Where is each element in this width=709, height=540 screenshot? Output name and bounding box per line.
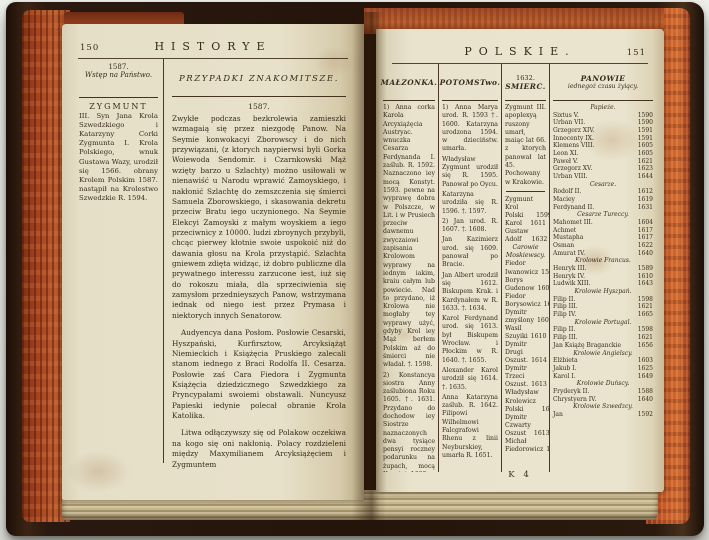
paragraph: Jan Albert urodził się 1612. Biskupem Kr… <box>442 272 498 313</box>
list-item: Gustaw Adolf 1632 <box>505 228 546 244</box>
list-item: Urban VII. 1590 <box>553 119 653 127</box>
person-year: 1617 <box>638 227 653 235</box>
margin-note-head: 1587. Wstęp na Państwo. <box>79 63 158 98</box>
column-potomstwo-header: POTOMSTwo. <box>442 64 498 101</box>
person-name: Ferdynand II. <box>553 204 594 212</box>
section-label: Krolowie Hyszpań. <box>574 288 631 295</box>
person-name: Innocenty IX. <box>553 135 594 143</box>
person-name: Zygmunt Krol Polski <box>505 196 533 220</box>
person-name: Maciey <box>553 196 575 204</box>
paragraph: Władysław Zygmunt urodził się R. 1595. P… <box>442 156 498 189</box>
section-label: Krolowie Portugal. <box>575 319 632 326</box>
person-name: Jakub I. <box>553 365 577 373</box>
smierc-header-year: 1632. <box>516 74 535 82</box>
list-item: Filip IV. 1665 <box>553 311 653 319</box>
list-item: Klemens VIII. 1605 <box>553 142 653 150</box>
person-year: 1591 <box>638 127 653 135</box>
person-name: Leon XI. <box>553 150 578 158</box>
person-name: Filip IV. <box>553 311 576 319</box>
person-name: Dymitr Trzeci Oszust. <box>505 365 528 389</box>
person-year: 1632 <box>532 236 548 244</box>
person-year: 1619 <box>638 196 653 204</box>
person-name: Fiedor Borysowicz <box>505 293 541 309</box>
list-item: Mahomet III. 1604 <box>553 219 653 227</box>
list-item: Krolowie Hyszpań. <box>553 288 653 296</box>
paragraph: Jan Kazimierz urod. się 1609. panował po… <box>442 236 498 269</box>
person-name: Fryderyk II. <box>553 388 589 396</box>
person-name: Wasil Szuyiki <box>505 325 528 341</box>
list-item: Maciey 1619 <box>553 196 653 204</box>
person-name: Dymitr zmyślony <box>505 309 534 325</box>
list-item: Karol 1611 <box>505 220 546 228</box>
main-text-column: PRZYPADKI ZNAKOMITSZE. 1587. Zwykłe podc… <box>164 59 348 463</box>
person-name: Borys Gudenow <box>505 277 535 293</box>
left-page-header: 150 HISTORYE <box>62 24 364 57</box>
person-year: 1613 <box>542 406 549 414</box>
list-item: Papieże. <box>553 104 653 112</box>
list-item: Fryderyk II. 1588 <box>553 388 653 396</box>
page-number-right: 151 <box>594 48 646 58</box>
person-name: Michał Fiedorowicz <box>505 438 543 454</box>
list-item: Elżbieta 1603 <box>553 357 653 365</box>
list-item: Dymitr Trzeci Oszust. 1613 <box>505 365 546 389</box>
person-name: Elżbieta <box>553 357 578 365</box>
right-page-table: MAŁZONKA. 1) Anna corka Karola Arcyxiążę… <box>380 64 656 472</box>
list-item: Krolowie Duńscy. <box>553 380 653 388</box>
list-item: Jan 1592 <box>553 411 653 419</box>
person-year: 1640 <box>638 250 653 258</box>
list-item: Dymitr Czwarty Oszust 1613 <box>505 414 546 438</box>
margin-note-column: 1587. Wstęp na Państwo. ZYGMUNT III. Syn… <box>78 59 164 463</box>
list-item: Cesarze Tureccy. <box>553 211 653 219</box>
person-name: Grzegorz XIV. <box>553 127 595 135</box>
malzonka-body: 1) Anna corka Karola Arcyxiążęcia Austry… <box>383 101 435 472</box>
person-year: 1656 <box>638 342 653 350</box>
margin-king-name: ZYGMUNT <box>79 102 158 111</box>
list-item: Achmet 1617 <box>553 227 653 235</box>
paragraph: Alexander Karol urodził się 1614. †. 163… <box>442 367 498 392</box>
section-label: Krolowie Duńscy. <box>577 380 630 387</box>
person-year: 1611 <box>530 220 546 228</box>
paragraph: Zwykłe podczas bezkrolewia zamieszki wzm… <box>172 114 346 321</box>
section-title: PRZYPADKI ZNAKOMITSZE. <box>179 74 339 84</box>
person-name: Fiedor Iwanowicz <box>505 260 538 276</box>
person-year: 1605 <box>638 150 653 158</box>
book-photo: 150 HISTORYE 1587. Wstęp na Państwo. ZYG… <box>0 0 709 540</box>
person-name: Jan Książę Braganckie <box>553 342 621 350</box>
person-name: Władysław Krolewicz Polski <box>505 389 539 413</box>
margin-note: Wstęp na Państwo. <box>79 71 158 80</box>
section-year: 1587. <box>172 102 346 111</box>
right-page: POLSKIE. 151 MAŁZONKA. 1) Anna corka Kar… <box>376 29 664 492</box>
person-year: 1605 <box>638 142 653 150</box>
person-year: 1590 <box>638 119 653 127</box>
list-item: Innocenty IX. 1591 <box>553 135 653 143</box>
person-year: 1598 <box>638 296 653 304</box>
list-item: Fiedor Iwanowicz 1594 <box>505 260 546 276</box>
list-item: Ludwik XIII. 1643 <box>553 280 653 288</box>
open-book: 150 HISTORYE 1587. Wstęp na Państwo. ZYG… <box>6 2 704 536</box>
list-item: Karol I. 1649 <box>553 373 653 381</box>
person-name: Henryk IV. <box>553 273 585 281</box>
column-panowie: PANOWIE iednegoż czasu żyiący. Papieże. … <box>549 64 656 472</box>
person-year: 1649 <box>638 373 653 381</box>
list-item: Filip III. 1621 <box>553 334 653 342</box>
list-item: Krolowie Szwedzcy. <box>553 403 653 411</box>
person-year: 1612 <box>638 188 653 196</box>
person-name: Rodolf II. <box>553 188 581 196</box>
smierc-body: Zygmunt III. apoplexyą ruszony umarł, ma… <box>505 101 546 454</box>
person-year: 1594 <box>541 269 549 277</box>
person-year: 1592 <box>638 411 653 419</box>
person-year: 1604 <box>638 219 653 227</box>
person-year: 1621 <box>638 334 653 342</box>
person-year: 1614 <box>531 357 547 365</box>
person-name: Karol <box>505 220 522 228</box>
person-name: Mustapha <box>553 234 583 242</box>
panowie-body: Papieże. Sixtus V. 1590 Urban VII. 1590 <box>553 101 653 419</box>
left-page: 150 HISTORYE 1587. Wstęp na Państwo. ZYG… <box>62 24 364 500</box>
person-year: 1625 <box>638 365 653 373</box>
list-item: Michał Fiedorowicz 1648 <box>505 438 546 454</box>
person-name: Urban VII. <box>553 119 585 127</box>
column-smierc-header: 1632. SMIERC. <box>505 64 546 101</box>
malzonka-header-label: MAŁZONKA. <box>381 78 438 87</box>
list-item: Henryk III. 1589 <box>553 265 653 273</box>
person-name: Dymitr Drugi Oszust. <box>505 341 528 365</box>
header-rule-left <box>78 58 348 59</box>
signature-mark: K 4 <box>376 470 664 480</box>
person-year: 1617 <box>638 234 653 242</box>
person-name: Sixtus V. <box>553 112 579 120</box>
list-item: Grzegorz XV. 1623 <box>553 165 653 173</box>
section-label: Cesarze Tureccy. <box>577 211 629 218</box>
list-item: Filip II. 1598 <box>553 326 653 334</box>
smierc-paragraph: Zygmunt III. apoplexyą ruszony umarł, ma… <box>505 104 546 187</box>
running-title-left: HISTORYE <box>132 40 294 53</box>
person-year: 1610 <box>531 333 547 341</box>
column-potomstwo: POTOMSTwo. 1) Anna Marya urod. R. 1593 †… <box>438 64 501 472</box>
person-name: Filip III. <box>553 303 578 311</box>
person-year: 1613 <box>534 430 549 438</box>
person-year: 1622 <box>638 242 653 250</box>
section-title-row: PRZYPADKI ZNAKOMITSZE. <box>172 62 346 97</box>
section-label: Krolowie Angielscy. <box>573 350 632 357</box>
column-panowie-header: PANOWIE iednegoż czasu żyiący. <box>553 64 653 101</box>
margin-year: 1587. <box>79 63 158 71</box>
person-year: 1589 <box>638 265 653 273</box>
person-name: Mahomet III. <box>553 219 593 227</box>
list-item: Mustapha 1617 <box>553 234 653 242</box>
paragraph: 2) Konstancya siostra Anny zaślubiona Ro… <box>383 372 435 473</box>
list-item: Fiedor Borysowicz 1605 <box>505 293 546 309</box>
person-year: 1590 <box>638 112 653 120</box>
left-page-body: 1587. Wstęp na Państwo. ZYGMUNT III. Syn… <box>78 59 348 463</box>
list-item: Henryk IV. 1610 <box>553 273 653 281</box>
panowie-header-label: PANOWIE <box>581 74 626 83</box>
main-paragraphs: Zwykłe podczas bezkrolewia zamieszki wzm… <box>172 114 346 470</box>
section-label: Krolowie Szwedzcy. <box>573 403 633 410</box>
list-item: Krolowie Francus. <box>553 257 653 265</box>
list-item: Carowie Moskiewscy. <box>505 244 546 260</box>
person-name: Henryk III. <box>553 265 586 273</box>
list-item: Władysław Krolewicz Polski 1613 <box>505 389 546 413</box>
potomstwo-body: 1) Anna Marya urod. R. 1593 †. 1600. Kat… <box>442 101 498 460</box>
person-year: 1631 <box>638 204 653 212</box>
person-name: Klemens VIII. <box>553 142 594 150</box>
person-year: 1606 <box>537 317 549 325</box>
person-name: Filip III. <box>553 334 578 342</box>
person-name: Gustaw Adolf <box>505 228 529 244</box>
smierc-ruler-list: Zygmunt Krol Polski 1599 Karol 1611 Gust… <box>505 196 546 454</box>
column-malzonka-header: MAŁZONKA. <box>383 64 435 101</box>
paragraph: Katarzyna urodziła się R. 1596. †. 1597. <box>442 191 498 216</box>
person-year: 1603 <box>638 357 653 365</box>
section-label: Krolowie Francus. <box>575 257 631 264</box>
paragraph: 1) Anna Marya urod. R. 1593 †. 1600. Kat… <box>442 104 498 154</box>
paragraph: 2) Jan urod. R. 1607. †. 1608. <box>442 218 498 235</box>
person-name: Osman <box>553 242 574 250</box>
paragraph: Karol Ferdynand urod. się 1613. był Bisk… <box>442 315 498 365</box>
person-name: Urban VIII. <box>553 173 587 181</box>
list-item: Jakub I. 1625 <box>553 365 653 373</box>
person-name: Jan <box>553 411 563 419</box>
person-year: 1605 <box>538 285 549 293</box>
section-label: Papieże. <box>590 104 615 111</box>
person-year: 1610 <box>638 273 653 281</box>
person-name: Chrystyern IV. <box>553 396 596 404</box>
person-name: Filip II. <box>553 326 575 334</box>
list-item: Borys Gudenow 1605 <box>505 277 546 293</box>
list-item: Krolowie Portugal. <box>553 319 653 327</box>
panowie-header-sub: iednegoż czasu żyiący. <box>568 83 638 90</box>
section-label: Carowie Moskiewscy. <box>506 244 545 259</box>
list-item: Wasil Szuyiki 1610 <box>505 325 546 341</box>
person-name: Karol I. <box>553 373 576 381</box>
smierc-header-label: SMIERC. <box>505 82 546 91</box>
person-year: 1644 <box>638 173 653 181</box>
list-item: Chrystyern IV. 1640 <box>553 396 653 404</box>
paragraph: Audyencya dana Posłom. Posłowie Cesarski… <box>172 328 346 421</box>
list-item: Amurat IV. 1640 <box>553 250 653 258</box>
person-name: Dymitr Czwarty Oszust <box>505 414 531 438</box>
person-name: Paweł V. <box>553 158 578 166</box>
paragraph: Anna Katarzyna zaślub. R. 1642. Filipowi… <box>442 394 498 460</box>
person-year: 1599 <box>536 212 549 220</box>
list-item: Jan Książę Braganckie 1656 <box>553 342 653 350</box>
person-year: 1640 <box>638 396 653 404</box>
potomstwo-header-label: POTOMSTwo. <box>440 78 501 87</box>
list-item: Leon XI. 1605 <box>553 150 653 158</box>
person-name: Filip II. <box>553 296 575 304</box>
paragraph: 1) Anna corka Karola Arcyxiążęcia Austry… <box>383 104 435 370</box>
list-item: Sixtus V. 1590 <box>553 112 653 120</box>
person-year: 1598 <box>638 326 653 334</box>
person-year: 1613 <box>531 381 547 389</box>
person-year: 1621 <box>638 303 653 311</box>
column-malzonka: MAŁZONKA. 1) Anna corka Karola Arcyxiążę… <box>380 64 438 472</box>
list-item: Rodolf II. 1612 <box>553 188 653 196</box>
list-item: Filip III. 1621 <box>553 303 653 311</box>
person-year: 1623 <box>638 165 653 173</box>
column-smierc: 1632. SMIERC. Zygmunt III. apoplexyą rus… <box>501 64 549 472</box>
list-item: Dymitr zmyślony 1606 <box>505 309 546 325</box>
list-item: Krolowie Angielscy. <box>553 350 653 358</box>
header-rule-right <box>392 63 648 64</box>
person-year: 1621 <box>638 158 653 166</box>
person-year: 1665 <box>638 311 653 319</box>
list-item: Osman 1622 <box>553 242 653 250</box>
list-item: Zygmunt Krol Polski 1599 <box>505 196 546 220</box>
list-item: Cesarze. <box>553 181 653 189</box>
person-name: Grzegorz XV. <box>553 165 592 173</box>
person-name: Ludwik XIII. <box>553 280 591 288</box>
smierc-divider-rule <box>506 191 545 192</box>
person-name: Achmet <box>553 227 576 235</box>
running-title-right: POLSKIE. <box>446 45 594 58</box>
right-page-header: POLSKIE. 151 <box>376 29 664 62</box>
list-item: Grzegorz XIV. 1591 <box>553 127 653 135</box>
page-number-left: 150 <box>80 43 132 53</box>
section-label: Cesarze. <box>590 181 616 188</box>
list-item: Ferdynand II. 1631 <box>553 204 653 212</box>
list-item: Filip II. 1598 <box>553 296 653 304</box>
person-year: 1591 <box>638 135 653 143</box>
paragraph: Litwa odłączywszy się od Polakow oczekiw… <box>172 428 346 469</box>
person-name: Amurat IV. <box>553 250 585 258</box>
list-item: Dymitr Drugi Oszust. 1614 <box>505 341 546 365</box>
margin-king-note: III. Syn Jana Krola Szwedzkiego i Katarz… <box>79 112 158 203</box>
person-year: 1588 <box>638 388 653 396</box>
person-year: 1643 <box>638 280 653 288</box>
list-item: Paweł V. 1621 <box>553 158 653 166</box>
list-item: Urban VIII. 1644 <box>553 173 653 181</box>
